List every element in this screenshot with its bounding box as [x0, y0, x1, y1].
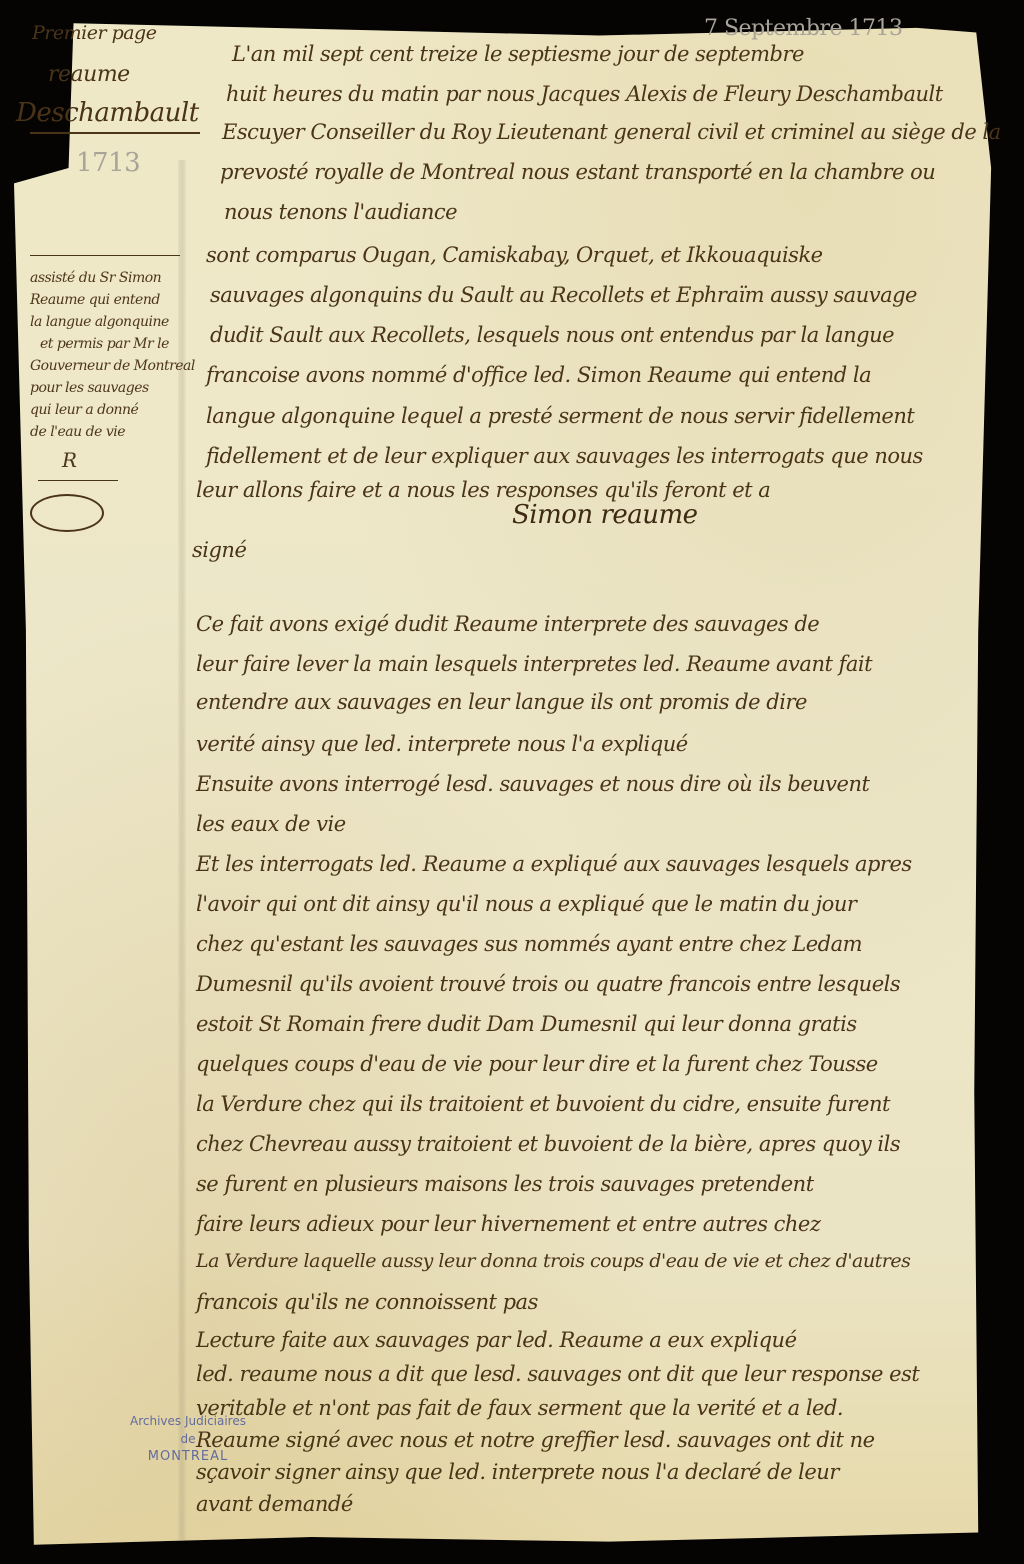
body-line: quelques coups d'eau de vie pour leur di…: [196, 1052, 878, 1076]
body-line: faire leurs adieux pour leur hivernement…: [196, 1212, 820, 1236]
signature-reaume: Simon reaume: [512, 500, 698, 530]
margin-line: assisté du Sr Simon: [30, 270, 161, 286]
body-line: entendre aux sauvages en leur langue ils…: [196, 690, 807, 714]
body-line: fidellement et de leur expliquer aux sau…: [206, 444, 923, 468]
name-note-reaume: reaume: [48, 62, 130, 87]
body-line: estoit St Romain frere dudit Dam Dumesni…: [196, 1012, 857, 1036]
margin-line: et permis par Mr le: [40, 336, 169, 352]
pencil-year: 1713: [76, 148, 140, 178]
body-line: l'avoir qui ont dit ainsy qu'il nous a e…: [196, 892, 856, 916]
body-line: nous tenons l'audiance: [224, 200, 457, 224]
body-line: Et les interrogats led. Reaume a expliqu…: [196, 852, 912, 876]
page-note: Premier page: [32, 22, 156, 44]
margin-rule: [30, 255, 180, 256]
margin-mark: R: [62, 448, 77, 472]
body-line: leur faire lever la main lesquels interp…: [196, 652, 872, 676]
body-line: francois qu'ils ne connoissent pas: [196, 1290, 538, 1314]
body-line: Lecture faite aux sauvages par led. Reau…: [196, 1328, 797, 1352]
margin-line: Gouverneur de Montreal: [30, 358, 195, 374]
body-line: leur allons faire et a nous les response…: [196, 478, 770, 502]
body-line: L'an mil sept cent treize le septiesme j…: [232, 42, 804, 66]
stamp-line: de: [108, 1430, 268, 1448]
body-line: La Verdure laquelle aussy leur donna tro…: [196, 1250, 910, 1272]
body-line: chez qu'estant les sauvages sus nommés a…: [196, 932, 862, 956]
body-line: avant demandé: [196, 1492, 353, 1516]
margin-line: la langue algonquine: [30, 314, 169, 330]
paraph-icon: [30, 494, 104, 532]
margin-line: qui leur a donné: [30, 402, 138, 418]
body-line: verité ainsy que led. interprete nous l'…: [196, 732, 688, 756]
body-line: prevosté royalle de Montreal nous estant…: [220, 160, 935, 184]
body-line: la Verdure chez qui ils traitoient et bu…: [196, 1092, 890, 1116]
body-line: francoise avons nommé d'office led. Simo…: [206, 363, 871, 387]
archive-stamp: Archives Judiciaires de MONTREAL: [108, 1412, 268, 1466]
stamp-line: MONTREAL: [108, 1448, 268, 1466]
body-line: chez Chevreau aussy traitoient et buvoie…: [196, 1132, 900, 1156]
body-line: sçavoir signer ainsy que led. interprete…: [196, 1460, 839, 1484]
body-line: Escuyer Conseiller du Roy Lieutenant gen…: [222, 120, 1001, 144]
underline: [30, 132, 200, 134]
body-line: huit heures du matin par nous Jacques Al…: [226, 82, 943, 106]
margin-rule: [38, 480, 118, 481]
body-line: Ce fait avons exigé dudit Reaume interpr…: [196, 612, 819, 636]
body-line: veritable et n'ont pas fait de faux serm…: [196, 1396, 843, 1420]
name-note-deschambault: Deschambault: [16, 98, 199, 128]
margin-line: de l'eau de vie: [30, 424, 125, 440]
body-line: Reaume signé avec nous et notre greffier…: [196, 1428, 875, 1452]
body-line: led. reaume nous a dit que lesd. sauvage…: [196, 1362, 919, 1386]
body-line: Dumesnil qu'ils avoient trouvé trois ou …: [196, 972, 900, 996]
body-line: signé: [192, 538, 246, 562]
body-line: sont comparus Ougan, Camiskabay, Orquet,…: [206, 243, 823, 267]
margin-line: Reaume qui entend: [30, 292, 160, 308]
body-line: Ensuite avons interrogé lesd. sauvages e…: [196, 772, 869, 796]
body-line: les eaux de vie: [196, 812, 346, 836]
body-line: se furent en plusieurs maisons les trois…: [196, 1172, 814, 1196]
pencil-date: 7 Septembre 1713: [704, 16, 903, 41]
body-line: dudit Sault aux Recollets, lesquels nous…: [210, 323, 894, 347]
body-line: langue algonquine lequel a presté sermen…: [206, 404, 914, 428]
body-line: sauvages algonquins du Sault au Recollet…: [210, 283, 917, 307]
margin-line: pour les sauvages: [30, 380, 149, 396]
stamp-line: Archives Judiciaires: [108, 1412, 268, 1430]
